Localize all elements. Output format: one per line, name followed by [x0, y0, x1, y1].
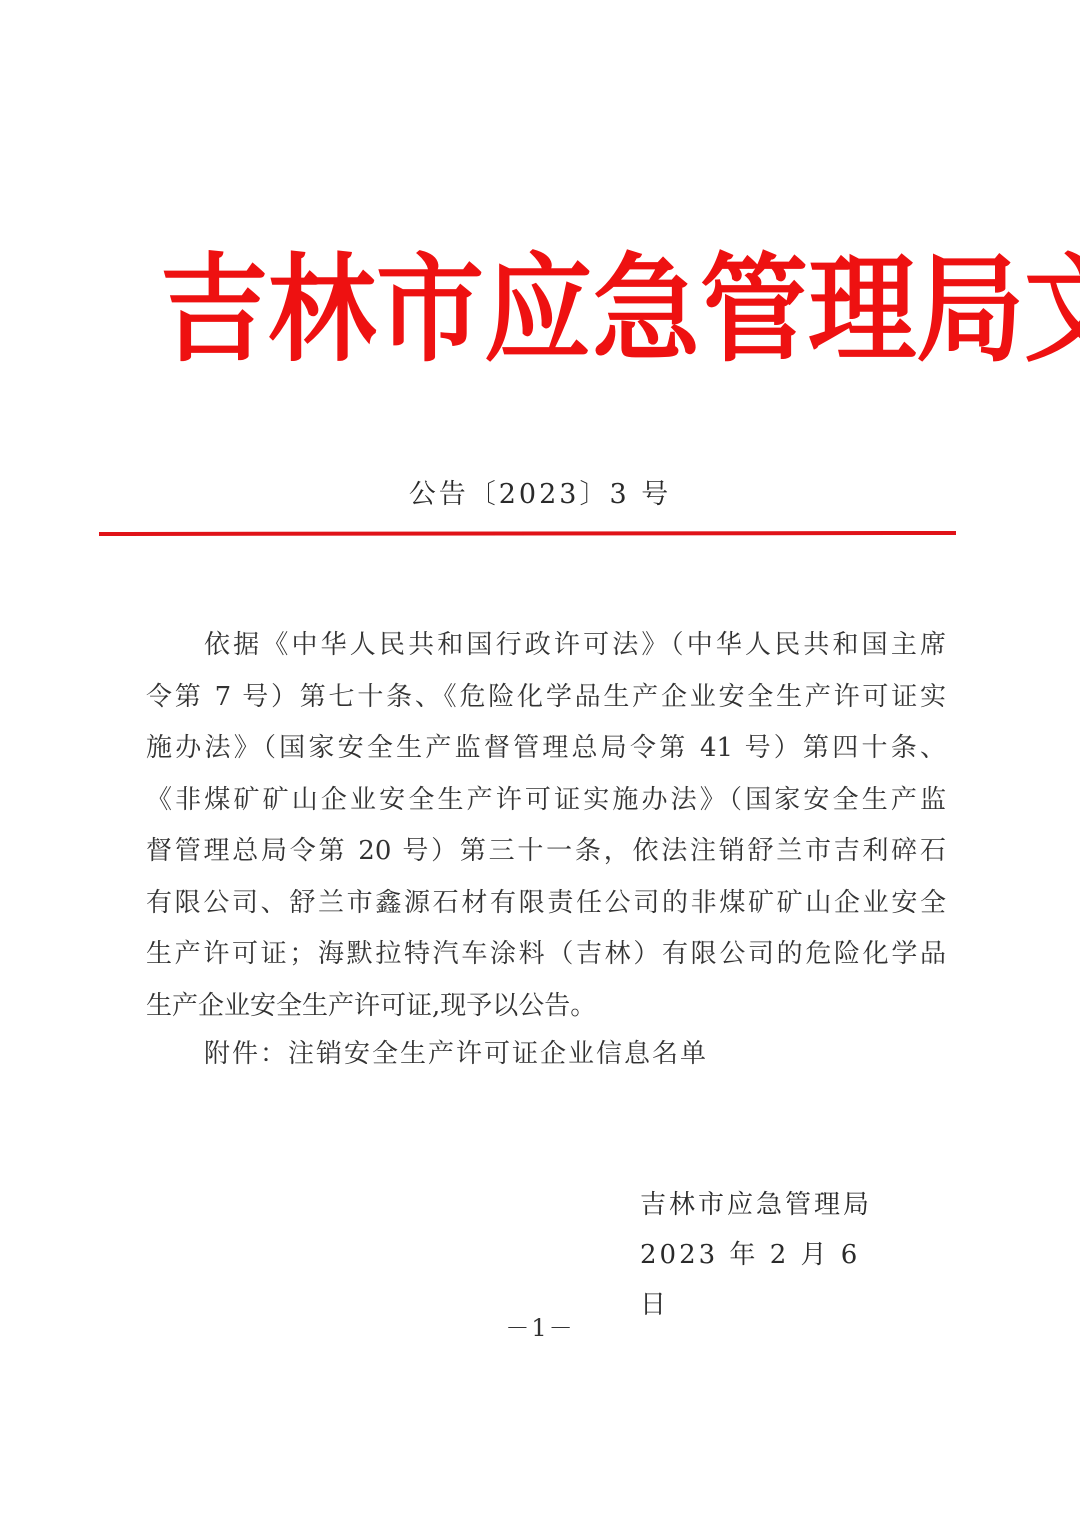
document-page: 吉 林 市 应 急 管 理 局 文 件 公告〔2023〕3 号 依据《中华人民共… [0, 0, 1080, 1527]
red-divider-line [99, 531, 956, 536]
body-line: 有限公司、舒兰市鑫源石材有限责任公司的非煤矿矿山企业安全 [146, 878, 946, 930]
masthead-char: 局 [916, 234, 1024, 385]
masthead-char: 文 [1024, 234, 1080, 385]
masthead-char: 急 [592, 234, 700, 385]
attachment-note: 附件：注销安全生产许可证企业信息名单 [204, 1030, 904, 1078]
masthead-title: 吉 林 市 应 急 管 理 局 文 件 [160, 234, 930, 385]
body-line: 生产企业安全生产许可证,现予以公告。 [146, 981, 946, 1033]
body-line: 令第 7 号）第七十条、《危险化学品生产企业安全生产许可证实 [146, 672, 946, 724]
issuer-name: 吉林市应急管理局 [640, 1180, 900, 1230]
masthead-char: 吉 [160, 234, 268, 385]
body-line: 施办法》（国家安全生产监督管理总局令第 41 号）第四十条、 [146, 723, 946, 775]
announcement-body: 依据《中华人民共和国行政许可法》（中华人民共和国主席 令第 7 号）第七十条、《… [146, 620, 946, 1032]
page-number: －1－ [0, 1308, 1080, 1348]
masthead-char: 林 [268, 234, 376, 385]
body-line: 依据《中华人民共和国行政许可法》（中华人民共和国主席 [146, 620, 946, 672]
body-line: 生产许可证；海默拉特汽车涂料（吉林）有限公司的危险化学品 [146, 929, 946, 981]
masthead-char: 管 [700, 234, 808, 385]
body-line: 《非煤矿矿山企业安全生产许可证实施办法》（国家安全生产监 [146, 775, 946, 827]
masthead-char: 理 [808, 234, 916, 385]
masthead-char: 应 [484, 234, 592, 385]
document-number: 公告〔2023〕3 号 [0, 472, 1080, 518]
masthead-char: 市 [376, 234, 484, 385]
body-line: 督管理总局令第 20 号）第三十一条，依法注销舒兰市吉利碎石 [146, 826, 946, 878]
